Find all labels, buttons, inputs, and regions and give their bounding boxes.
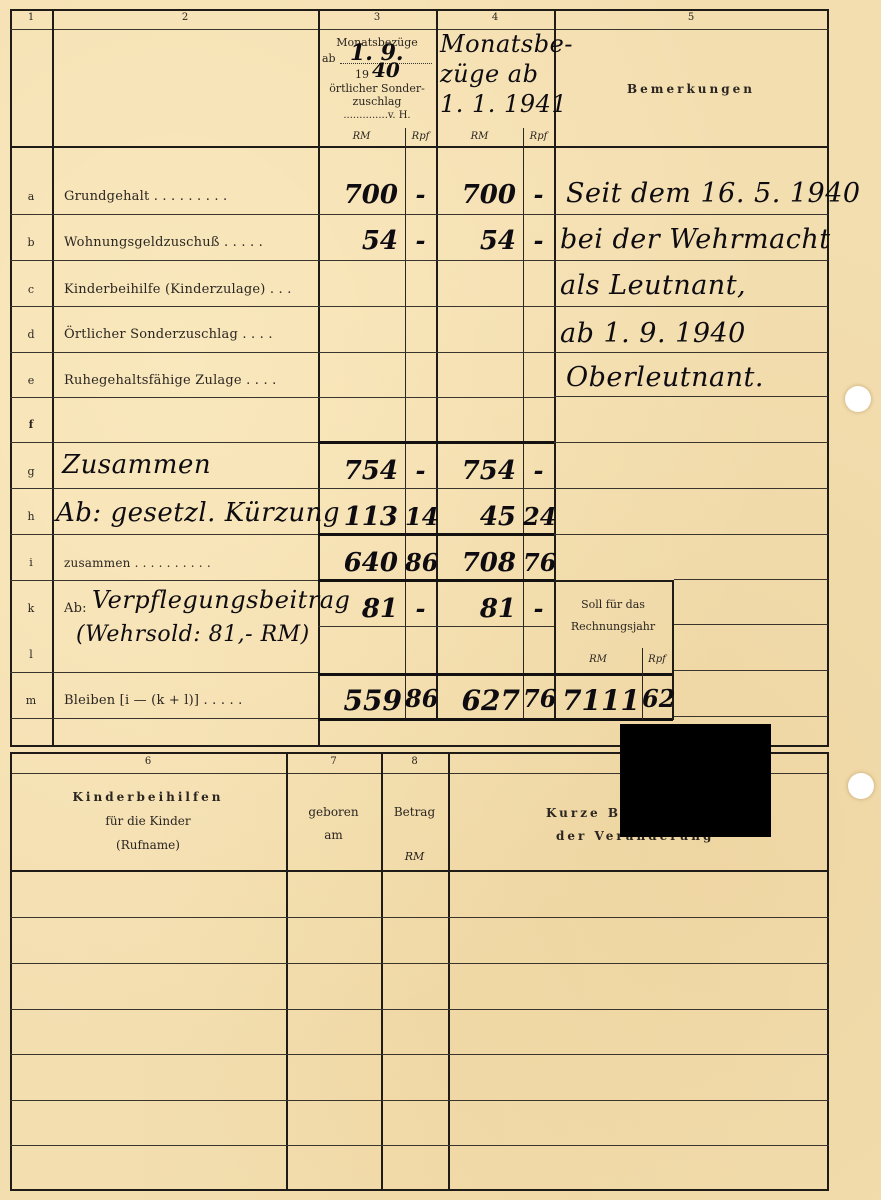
- row-letter: m: [10, 694, 52, 707]
- col4-rpf-value: -: [523, 594, 554, 623]
- soll-box-top: [554, 580, 674, 582]
- soll-unit-rm: RM: [554, 654, 642, 665]
- row-letter: d: [10, 328, 52, 341]
- row-line-d: [10, 352, 554, 353]
- remark-line-12: [674, 716, 828, 717]
- col4-rpf-value: 24: [523, 502, 554, 531]
- col3-rm-value: 700: [318, 180, 398, 210]
- col8-divider: [448, 752, 450, 1189]
- col7-header-line1: geboren: [286, 805, 381, 819]
- row-letter: f: [10, 418, 52, 431]
- col4-rm-value: 81: [436, 594, 516, 624]
- lower-row-line: [10, 917, 829, 918]
- col4-rpf-value: 76: [523, 548, 554, 577]
- col3-rm-value: 640: [318, 548, 398, 578]
- row-line-h-thick: [318, 533, 554, 536]
- soll-value-rpf: 62: [642, 684, 672, 713]
- remark-line-8: [554, 534, 828, 535]
- remark-line-10: [674, 624, 828, 625]
- column-number-divider: [10, 29, 829, 30]
- row-line-a: [10, 214, 554, 215]
- row-label-handwritten: Ab: gesetzl. Kürzung: [56, 498, 340, 528]
- lower-row-line: [10, 1054, 829, 1055]
- soll-value-rm: 7111: [554, 684, 640, 717]
- row-line-f: [10, 442, 318, 443]
- soll-unit-rpf: Rpf: [642, 654, 672, 665]
- col4-rm-value: 45: [436, 502, 516, 532]
- col4-rpf-value: -: [523, 226, 554, 255]
- col4-rm-value: 700: [436, 180, 516, 210]
- row-label: Ab:: [64, 601, 87, 616]
- row-line-l: [10, 672, 318, 673]
- col3-rm-value: 113: [318, 502, 398, 532]
- col4-unit-rpf: Rpf: [523, 131, 554, 142]
- header-bottom-border: [10, 146, 829, 148]
- row-letter: h: [10, 510, 52, 523]
- col4-rpf-value: -: [523, 456, 554, 485]
- column-number-2: 2: [52, 12, 318, 23]
- col3-header-19: 19: [355, 68, 369, 81]
- col3-header-line5: zuschlag: [318, 95, 436, 108]
- remark-line-6: [554, 442, 828, 443]
- col4-rm-value: 708: [436, 548, 516, 578]
- col4-unit-rm: RM: [436, 131, 523, 142]
- col3-header-year-handwritten: 40: [372, 58, 400, 82]
- column-number-6: 6: [10, 756, 286, 767]
- col4-rm-value: 754: [436, 456, 516, 486]
- row-letter: l: [10, 648, 52, 661]
- col4-header-line3: 1. 1. 1941: [440, 90, 567, 118]
- remark-line: bei der Wehrmacht: [560, 224, 831, 255]
- row-label: Kinderbeihilfe (Kinderzulage) . . .: [64, 282, 292, 297]
- row-label-handwritten: Zusammen: [62, 450, 211, 480]
- column-number-7: 7: [286, 756, 381, 767]
- row-line-c: [10, 306, 554, 307]
- soll-box-line1: Soll für das: [554, 598, 672, 611]
- row-line-b: [10, 260, 554, 261]
- upper-table-top-border: [10, 9, 829, 11]
- row-label: Örtlicher Sonderzuschlag . . . .: [64, 327, 273, 342]
- col4-rm-value: 627: [436, 684, 520, 717]
- lower-row-line: [10, 1145, 829, 1146]
- punch-hole-lower: [848, 773, 874, 799]
- col4-header-line1: Monatsbe-: [440, 30, 573, 58]
- punch-hole-upper: [845, 386, 871, 412]
- col7-header-line2: am: [286, 828, 381, 842]
- row-label: Ruhegehaltsfähige Zulage . . . .: [64, 373, 276, 388]
- col3-unit-rpf: Rpf: [405, 131, 436, 142]
- col6-header-line3: (Rufname): [10, 838, 286, 852]
- col8-header-unit: RM: [381, 850, 448, 863]
- col4-header-line2: züge ab: [440, 60, 538, 88]
- lower-table-bottom-border: [10, 1189, 829, 1191]
- remark-line-3: [554, 306, 828, 307]
- soll-box-line2: Rechnungsjahr: [554, 620, 672, 633]
- col3-rm-value: 54: [318, 226, 398, 256]
- row-line-l-thick: [318, 673, 673, 676]
- col1-divider: [52, 9, 54, 747]
- col4-rpf-value: 76: [523, 684, 554, 713]
- col3-rpf-value: 86: [405, 684, 436, 713]
- col3-rpf-value: -: [405, 594, 436, 623]
- col3-rm-value: 559: [318, 684, 402, 717]
- col4-rpf-divider: [523, 128, 524, 720]
- row-line-k: [318, 626, 554, 627]
- row-line-g: [10, 488, 554, 489]
- row-letter: e: [10, 374, 52, 387]
- column-number-3: 3: [318, 12, 436, 23]
- remark-line: ab 1. 9. 1940: [560, 318, 746, 349]
- remark-line-11: [674, 670, 828, 671]
- remark-line-5: [554, 396, 828, 397]
- row-line-e: [10, 397, 554, 398]
- row-label: Wohnungsgeldzuschuß . . . . .: [64, 235, 263, 250]
- row-line-m-thick: [318, 718, 673, 721]
- row-line-h: [10, 534, 318, 535]
- column-number-1: 1: [10, 12, 52, 23]
- row-label: Grundgehalt . . . . . . . . .: [64, 189, 227, 204]
- row-letter: b: [10, 236, 52, 249]
- remarks-header: Bemerkungen: [554, 82, 828, 96]
- column-number-5: 5: [554, 12, 828, 23]
- remark-line-9: [674, 579, 828, 580]
- col3-header-line4: örtlicher Sonder-: [318, 82, 436, 95]
- remark-line-4: [554, 352, 828, 353]
- col3-header-ab: ab: [322, 52, 336, 65]
- col3-header-line6: ..............v. H.: [318, 110, 436, 121]
- row-letter: k: [10, 602, 52, 615]
- col8-header-line1: Betrag: [381, 805, 448, 819]
- row-label-handwritten: (Wehrsold: 81,- RM): [76, 622, 310, 647]
- col6-header-line1: Kinderbeihilfen: [10, 790, 286, 804]
- col6-header-line2: für die Kinder: [10, 814, 286, 828]
- row-label-handwritten: Verpflegungsbeitrag: [92, 586, 350, 614]
- lower-row-line: [10, 1100, 829, 1101]
- lower-row-line: [10, 1009, 829, 1010]
- col3-rpf-value: -: [405, 180, 436, 209]
- col3-rpf-value: -: [405, 226, 436, 255]
- row-letter: g: [10, 465, 52, 478]
- row-line-m: [10, 718, 318, 719]
- col4-rpf-value: -: [523, 180, 554, 209]
- col3-rpf-value: 86: [405, 548, 436, 577]
- remark-line-1: [554, 214, 828, 215]
- redaction-block: [620, 724, 771, 837]
- row-letter: c: [10, 283, 52, 296]
- row-letter: a: [10, 190, 52, 203]
- lower-header-bottom: [10, 870, 829, 872]
- col4-rm-value: 54: [436, 226, 516, 256]
- col3-rpf-divider: [405, 128, 406, 720]
- column-number-8: 8: [381, 756, 448, 767]
- column-number-4: 4: [436, 12, 554, 23]
- remark-line: Oberleutnant.: [566, 362, 764, 393]
- row-line-f-thick: [318, 441, 554, 444]
- row-letter: i: [10, 556, 52, 569]
- remark-line: als Leutnant,: [560, 270, 746, 301]
- row-label: zusammen . . . . . . . . . .: [64, 556, 211, 570]
- col3-rpf-value: -: [405, 456, 436, 485]
- col3-unit-rm: RM: [318, 131, 405, 142]
- col3-rpf-value: 14: [405, 502, 436, 531]
- remark-line: Seit dem 16. 5. 1940: [566, 178, 861, 209]
- row-label: Bleiben [i — (k + l)] . . . . .: [64, 693, 243, 708]
- col3-rm-value: 81: [318, 594, 398, 624]
- remark-line-2: [554, 260, 828, 261]
- col3-rm-value: 754: [318, 456, 398, 486]
- row-line-i-thick: [318, 579, 554, 582]
- row-line-i: [10, 580, 318, 581]
- remark-line-7: [554, 488, 828, 489]
- upper-table-right-border: [827, 9, 829, 747]
- lower-row-line: [10, 963, 829, 964]
- lower-right-border: [827, 752, 829, 1189]
- col9-header-line1: Kurze B: [546, 806, 621, 820]
